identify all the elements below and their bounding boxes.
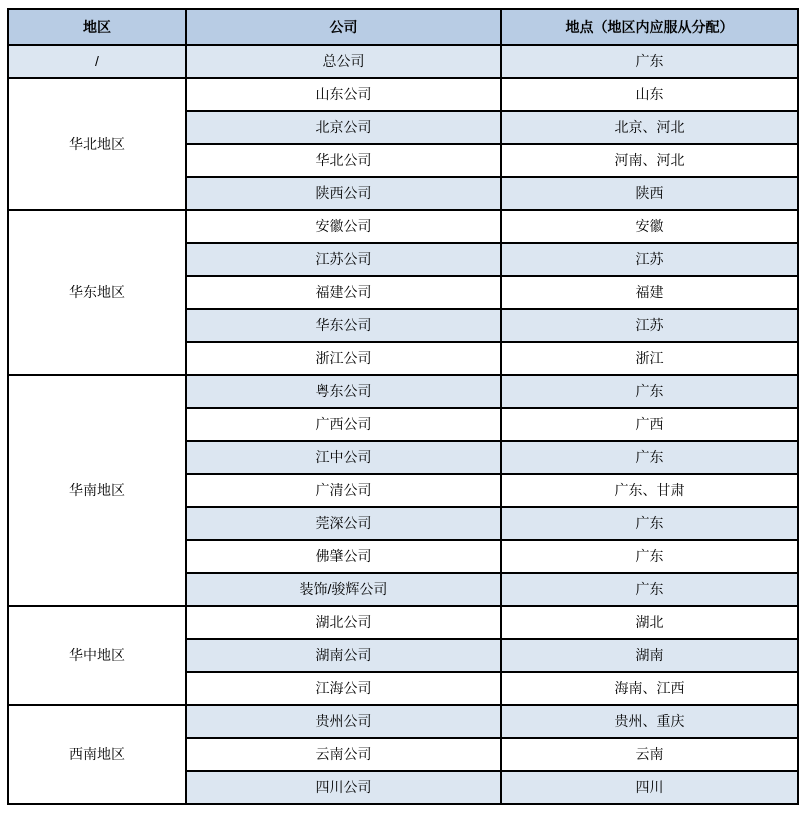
region-cell: / [8,45,186,78]
location-cell: 广东 [501,375,798,408]
location-cell: 河南、河北 [501,144,798,177]
region-cell: 华东地区 [8,210,186,375]
header-cell-company: 公司 [186,9,501,45]
location-cell: 广东 [501,540,798,573]
page: 地区 公司 地点（地区内应服从分配） / 总公司 广东 华北地区 山东公司 山东… [0,0,802,817]
location-cell: 陕西 [501,177,798,210]
region-cell: 西南地区 [8,705,186,804]
company-cell: 浙江公司 [186,342,501,375]
region-cell: 华南地区 [8,375,186,606]
company-cell: 装饰/骏辉公司 [186,573,501,606]
location-cell: 山东 [501,78,798,111]
table-row: 华东地区 安徽公司 安徽 [8,210,798,243]
location-cell: 江苏 [501,243,798,276]
location-cell: 广东、甘肃 [501,474,798,507]
table-row: 华北地区 山东公司 山东 [8,78,798,111]
company-cell: 广西公司 [186,408,501,441]
company-cell: 福建公司 [186,276,501,309]
company-cell: 湖北公司 [186,606,501,639]
company-cell: 云南公司 [186,738,501,771]
company-cell: 华东公司 [186,309,501,342]
company-cell: 佛肇公司 [186,540,501,573]
company-cell: 山东公司 [186,78,501,111]
company-cell: 总公司 [186,45,501,78]
location-cell: 广东 [501,45,798,78]
region-cell: 华中地区 [8,606,186,705]
header-cell-region: 地区 [8,9,186,45]
location-cell: 广东 [501,507,798,540]
company-cell: 江中公司 [186,441,501,474]
company-cell: 陕西公司 [186,177,501,210]
table-row: / 总公司 广东 [8,45,798,78]
location-cell: 贵州、重庆 [501,705,798,738]
location-cell: 广东 [501,573,798,606]
company-cell: 莞深公司 [186,507,501,540]
location-cell: 广西 [501,408,798,441]
company-cell: 北京公司 [186,111,501,144]
location-cell: 四川 [501,771,798,804]
location-cell: 福建 [501,276,798,309]
company-cell: 广清公司 [186,474,501,507]
location-cell: 湖北 [501,606,798,639]
company-cell: 四川公司 [186,771,501,804]
location-cell: 江苏 [501,309,798,342]
location-cell: 湖南 [501,639,798,672]
company-cell: 江苏公司 [186,243,501,276]
company-cell: 安徽公司 [186,210,501,243]
region-company-table: 地区 公司 地点（地区内应服从分配） / 总公司 广东 华北地区 山东公司 山东… [7,8,799,805]
company-cell: 华北公司 [186,144,501,177]
company-cell: 江海公司 [186,672,501,705]
header-row: 地区 公司 地点（地区内应服从分配） [8,9,798,45]
company-cell: 湖南公司 [186,639,501,672]
region-cell: 华北地区 [8,78,186,210]
table-row: 华南地区 粤东公司 广东 [8,375,798,408]
table-row: 西南地区 贵州公司 贵州、重庆 [8,705,798,738]
company-cell: 粤东公司 [186,375,501,408]
location-cell: 北京、河北 [501,111,798,144]
location-cell: 浙江 [501,342,798,375]
location-cell: 云南 [501,738,798,771]
header-cell-location: 地点（地区内应服从分配） [501,9,798,45]
table-row: 华中地区 湖北公司 湖北 [8,606,798,639]
location-cell: 安徽 [501,210,798,243]
company-cell: 贵州公司 [186,705,501,738]
location-cell: 海南、江西 [501,672,798,705]
location-cell: 广东 [501,441,798,474]
